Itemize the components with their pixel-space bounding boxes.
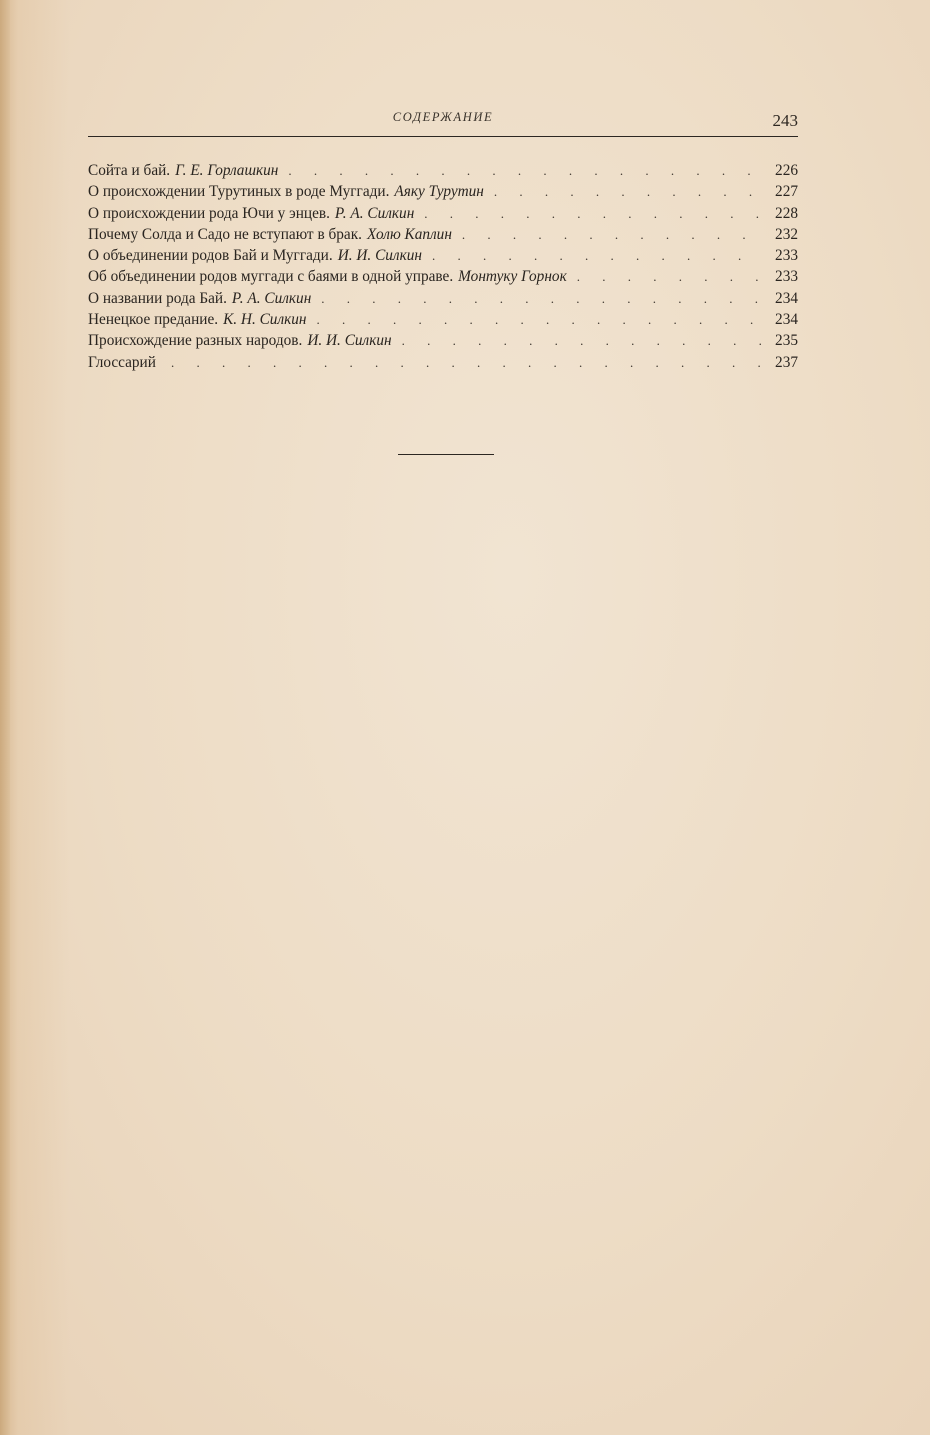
toc-entry-author: Г. Е. Горлашкин <box>175 160 278 181</box>
running-title: СОДЕРЖАНИЕ <box>88 110 798 125</box>
toc-entry: О происхождении Турутиных в роде Муггади… <box>88 181 798 202</box>
toc-entry-page: 234 <box>770 309 798 330</box>
toc-entry: Об объединении родов муггади с баями в о… <box>88 266 798 287</box>
toc-entry-author: Монтуку Горнок <box>458 266 567 287</box>
toc-entry-title: О происхождении рода Ючи у энцев. <box>88 203 330 224</box>
page-number: 243 <box>773 111 799 131</box>
toc-entry-author: Р. А. Силкин <box>335 203 414 224</box>
toc-entry: Ненецкое предание. К. Н. Силкин 234 <box>88 309 798 330</box>
dot-leader <box>577 266 762 287</box>
dot-leader <box>462 224 762 245</box>
page-spine-edge <box>0 0 10 1435</box>
dot-leader <box>321 288 762 309</box>
toc-entry-page: 237 <box>770 352 798 373</box>
table-of-contents: Сойта и бай. Г. Е. Горлашкин 226 О проис… <box>88 160 798 373</box>
header-rule <box>88 136 798 137</box>
toc-entry: Почему Солда и Садо не вступают в брак. … <box>88 224 798 245</box>
toc-entry-page: 232 <box>770 224 798 245</box>
toc-entry-author: Холю Каплин <box>367 224 452 245</box>
toc-entry-page: 233 <box>770 266 798 287</box>
toc-entry-title: Почему Солда и Садо не вступают в брак. <box>88 224 362 245</box>
toc-entry: Сойта и бай. Г. Е. Горлашкин 226 <box>88 160 798 181</box>
toc-entry-title: Глоссарий <box>88 352 156 373</box>
toc-entry: О объединении родов Бай и Муггади. И. И.… <box>88 245 798 266</box>
toc-entry-page: 234 <box>770 288 798 309</box>
toc-entry: Глоссарий 237 <box>88 352 798 373</box>
toc-entry: О названии рода Бай. Р. А. Силкин 234 <box>88 288 798 309</box>
toc-entry-author: И. И. Силкин <box>307 330 391 351</box>
toc-entry-page: 235 <box>770 330 798 351</box>
toc-entry: Происхождение разных народов. И. И. Силк… <box>88 330 798 351</box>
dot-leader <box>494 181 762 202</box>
book-page: СОДЕРЖАНИЕ 243 Сойта и бай. Г. Е. Горлаш… <box>0 0 930 1435</box>
toc-entry-author: Р. А. Силкин <box>232 288 311 309</box>
dot-leader <box>288 160 762 181</box>
toc-entry-page: 233 <box>770 245 798 266</box>
toc-entry-title: Сойта и бай. <box>88 160 170 181</box>
dot-leader <box>424 203 762 224</box>
toc-entry-title: Об объединении родов муггади с баями в о… <box>88 266 453 287</box>
toc-entry-title: Происхождение разных народов. <box>88 330 302 351</box>
dot-leader <box>432 245 762 266</box>
toc-entry-page: 228 <box>770 203 798 224</box>
toc-entry-author: К. Н. Силкин <box>223 309 306 330</box>
dot-leader <box>402 330 762 351</box>
toc-entry: О происхождении рода Ючи у энцев. Р. А. … <box>88 203 798 224</box>
toc-entry-title: О объединении родов Бай и Муггади. <box>88 245 333 266</box>
toc-entry-author: И. И. Силкин <box>338 245 422 266</box>
toc-entry-page: 226 <box>770 160 798 181</box>
toc-entry-title: О происхождении Турутиных в роде Муггади… <box>88 181 389 202</box>
toc-entry-author: Аяку Турутин <box>394 181 483 202</box>
toc-entry-title: Ненецкое предание. <box>88 309 218 330</box>
dot-leader <box>317 309 762 330</box>
closing-rule <box>398 454 494 455</box>
toc-entry-title: О названии рода Бай. <box>88 288 227 309</box>
dot-leader <box>171 352 762 373</box>
toc-entry-page: 227 <box>770 181 798 202</box>
running-head: СОДЕРЖАНИЕ 243 <box>88 108 798 132</box>
